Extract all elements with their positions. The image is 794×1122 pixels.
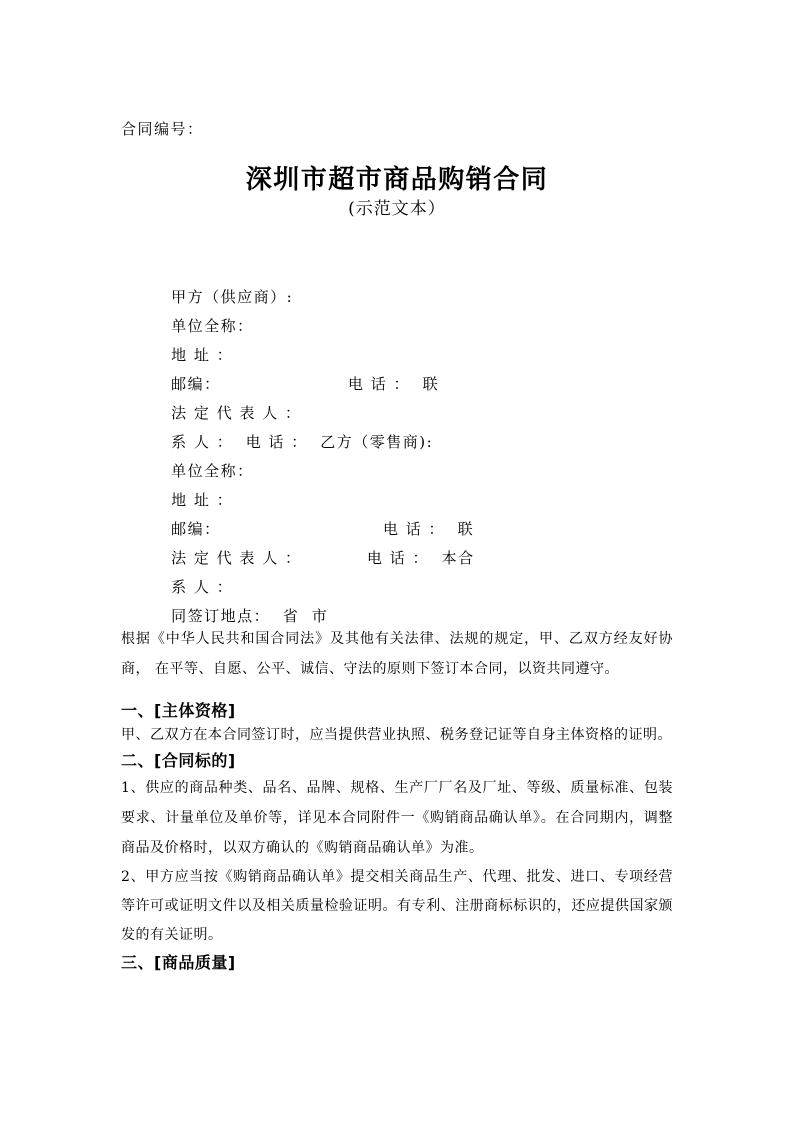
party-a-company-line: 单位全称：	[121, 283, 673, 312]
section-1-body: 甲、乙双方在本合同签订时，应当提供营业执照、税务登记证等自身主体资格的证明。	[121, 723, 673, 748]
party-b-phone2-label: 电 话 ： 本合	[367, 544, 475, 573]
document-title: 深圳市超市商品购销合同	[121, 163, 673, 197]
section-2-heading: 二、[合同标的]	[121, 748, 673, 773]
contract-document-page: 合同编号： 深圳市超市商品购销合同 (示范文本） 甲方（供应商）: 单位全称： …	[0, 0, 794, 1122]
signing-place-line: 同签订地点： 省 市	[121, 573, 673, 602]
contract-number-label: 合同编号：	[121, 0, 673, 140]
party-info-block: 甲方（供应商）: 单位全称： 地 址 ： 邮编： 法 定 代 表 人 ： 电 话…	[121, 254, 673, 602]
party-b-postcode-line: 邮编：	[121, 486, 673, 515]
party-b-phone-label: 电 话 ： 联	[383, 515, 474, 544]
section-2-paragraph-2: 2、甲方应当按《购销商品确认单》提交相关商品生产、代理、批发、进口、专项经营等许…	[121, 863, 673, 950]
party-a-legal-rep-line: 法 定 代 表 人 ： 电 话 ： 联	[121, 370, 673, 399]
section-1-heading: 一、[主体资格]	[121, 698, 673, 723]
section-3-heading: 三、[商品质量]	[121, 950, 673, 975]
section-2-paragraph-1: 1、供应的商品种类、品名、品牌、规格、生产厂厂名及厂址、等级、质量标准、包装要求…	[121, 773, 673, 863]
party-b-address-line: 地 址 ：	[121, 457, 673, 486]
preamble-paragraph: 根据《中华人民共和国合同法》及其他有关法律、法规的规定，甲、乙双方经友好协商， …	[121, 624, 673, 684]
party-b-legal-rep-line: 法 定 代 表 人 ： 电 话 ： 联	[121, 515, 673, 544]
party-b-company-line: 单位全称：	[121, 428, 673, 457]
party-b-contact-line: 系 人 ： 电 话 ： 本合	[121, 544, 673, 573]
document-content: 合同编号： 深圳市超市商品购销合同 (示范文本） 甲方（供应商）: 单位全称： …	[121, 0, 673, 975]
party-a-label-line: 甲方（供应商）:	[121, 254, 673, 283]
party-a-address-line: 地 址 ：	[121, 312, 673, 341]
party-a-contact-party-b-line: 系 人 ： 电 话 ： 乙方（零售商):	[121, 399, 673, 428]
party-a-postcode-line: 邮编：	[121, 341, 673, 370]
document-subtitle: (示范文本）	[121, 197, 673, 221]
party-a-phone-label: 电 话 ： 联	[348, 370, 439, 399]
signing-place-label: 同签订地点： 省 市	[171, 607, 328, 625]
